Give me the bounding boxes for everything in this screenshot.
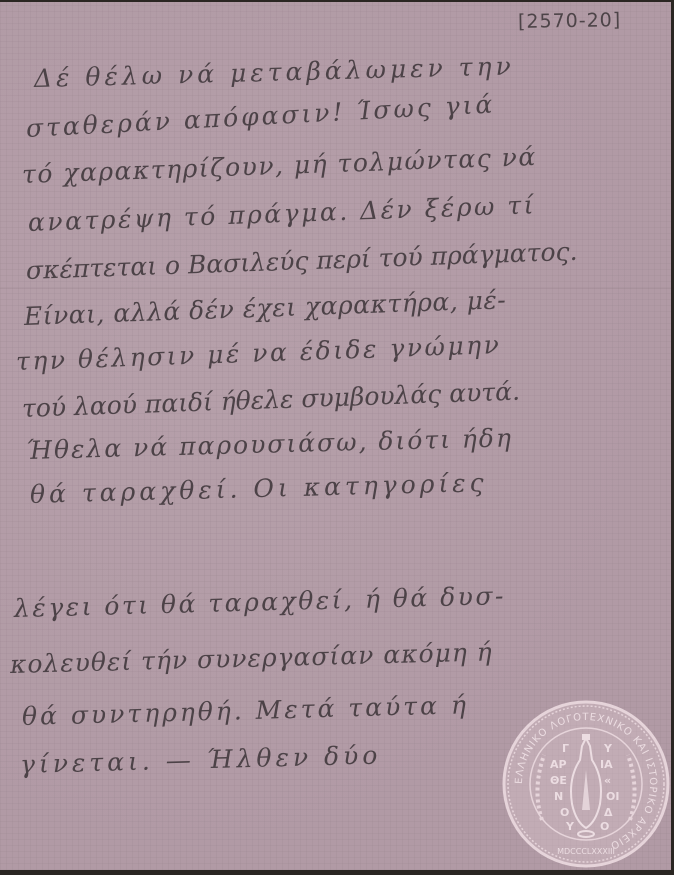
- svg-text:Ο: Ο: [600, 820, 609, 833]
- handwritten-line-10: θά ταραχθεί. Οι κατηγορίες: [30, 468, 488, 509]
- handwritten-line-4: ανατρέψη τό πράγμα. Δέν ξέρω τί: [27, 190, 536, 237]
- handwritten-line-2: σταθεράν απόφασιν! Ίσως γιά: [25, 89, 496, 143]
- svg-text:ΙΑ: ΙΑ: [600, 758, 613, 771]
- svg-text:Ν: Ν: [554, 790, 563, 803]
- archive-reference-number: [2570-20]: [518, 9, 622, 33]
- handwritten-line-11: λέγει ότι θά ταραχθεί, ή θά δυσ-: [14, 581, 507, 623]
- svg-text:Δ: Δ: [604, 806, 613, 819]
- handwritten-line-8: τού λαού παιδί ήθελε συμβουλάς αυτά.: [21, 377, 520, 423]
- seal-icon: ΕΛΛΗΝΙΚΟ ΛΟΓΟΤΕΧΝΙΚΟ ΚΑΙ ΙΣΤΟΡΙΚΟ ΑΡΧΕΙΟ…: [502, 700, 670, 868]
- svg-text:Υ: Υ: [603, 742, 613, 755]
- svg-text:Γ: Γ: [562, 742, 569, 755]
- archive-seal-stamp: ΕΛΛΗΝΙΚΟ ΛΟΓΟΤΕΧΝΙΚΟ ΚΑΙ ΙΣΤΟΡΙΚΟ ΑΡΧΕΙΟ…: [502, 700, 670, 868]
- handwritten-line-3: τό χαρακτηρίζουν, μή τολμώντας νά: [21, 142, 537, 189]
- handwritten-line-6: Είναι, αλλά δέν έχει χαρακτήρα, μέ-: [23, 285, 506, 331]
- svg-text:Ο: Ο: [560, 806, 569, 819]
- handwritten-line-5: σκέπτεται ο Βασιλεύς περί τού πράγματος.: [25, 237, 577, 285]
- svg-text:ΑΡ: ΑΡ: [550, 758, 567, 771]
- handwritten-line-1: Δέ θέλω νά μεταβάλωμεν την: [34, 51, 515, 93]
- handwritten-line-13: θά συντηρηθή. Μετά ταύτα ή: [22, 690, 470, 731]
- handwritten-line-9: Ήθελα νά παρουσιάσω, διότι ήδη: [26, 423, 514, 465]
- svg-text:ΟΙ: ΟΙ: [606, 790, 619, 803]
- handwritten-line-7: την θέλησιν μέ να έδιδε γνώμην: [15, 330, 501, 376]
- letter-page: [2570-20] Δέ θέλω νά μεταβάλωμεν την στα…: [0, 2, 671, 870]
- svg-text:ΘΕ: ΘΕ: [550, 774, 567, 787]
- svg-text:MDCCCLXXXIII: MDCCCLXXXIII: [557, 847, 615, 856]
- svg-text:«: «: [604, 774, 611, 787]
- paper-fold-line: [0, 288, 671, 289]
- handwritten-line-12: κολευθεί τήν συνεργασίαν ακόμη ή: [10, 637, 493, 679]
- svg-text:Υ: Υ: [565, 820, 575, 833]
- handwritten-line-14: γίνεται. — Ήλθεν δύο: [20, 741, 382, 779]
